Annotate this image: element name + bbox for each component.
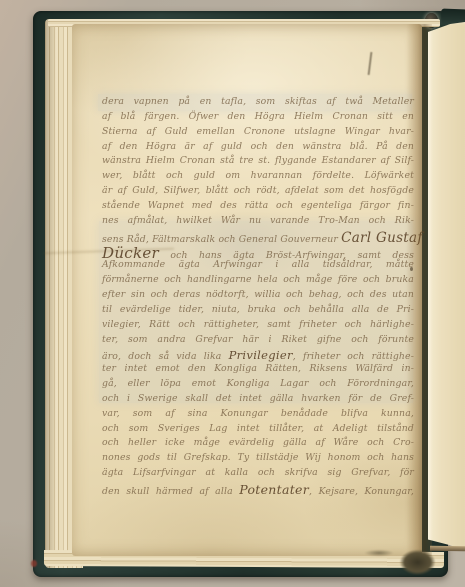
manuscript-line: och heller icke måge evärdelig gälla af …	[102, 437, 414, 452]
manuscript-line: och som Sveriges Lag intet tillåter, at …	[102, 423, 414, 438]
manuscript-line: äro, doch så vida lika Privilegier, frih…	[102, 348, 414, 363]
manuscript-line: stående Wapnet med des rätta och egentel…	[102, 200, 414, 215]
manuscript-line: af blå färgen. Öfwer den Högra Hielm Cro…	[102, 111, 414, 126]
manuscript-line: nes afmålat, hwilket Wår nu varande Tro-…	[102, 215, 414, 230]
manuscript-page: dera vapnen på en tafla, som skiftas af …	[72, 24, 422, 556]
manuscript-line: wänstra Hielm Cronan stå tre st. flygand…	[102, 155, 414, 170]
manuscript-line: var, som af sina Konungar benådade blifv…	[102, 408, 414, 423]
manuscript-line: är af Guld, Silfwer, blått och rödt, afd…	[102, 185, 414, 200]
handwritten-text: dera vapnen på en tafla, som skiftas af …	[102, 96, 414, 497]
manuscript-line: nones gods til Grefskap. Ty tillstädje W…	[102, 452, 414, 467]
manuscript-line: af den Högra är af guld och den wänstra …	[102, 141, 414, 156]
manuscript-line: dera vapnen på en tafla, som skiftas af …	[102, 96, 414, 111]
manuscript-line: ter intet emot den Kongliga Rätten, Riks…	[102, 363, 414, 378]
manuscript-line: Dücker och hans ägta Bröst-Arfwingar, sa…	[102, 244, 414, 259]
manuscript-line: förmånerne och handlingarne hela och måg…	[102, 274, 414, 289]
manuscript-line: sens Råd, Fältmarskalk och General Gouve…	[102, 230, 414, 245]
scanned-book-photo: dera vapnen på en tafla, som skiftas af …	[0, 0, 465, 587]
emphasized-word: Privilegier	[229, 348, 293, 362]
manuscript-line: vilegier, Rätt och rättigheter, samt fri…	[102, 319, 414, 334]
manuscript-line: ter, som andra Grefvar här i Riket gifne…	[102, 334, 414, 349]
manuscript-line: ägta Lifsarfvingar at kalla och skrifva …	[102, 467, 414, 482]
red-page-edge-speck	[31, 560, 37, 567]
manuscript-line: Stierna af Guld emellan Cronone utslagne…	[102, 126, 414, 141]
manuscript-line: Afkommande ägta Arfwingar i alla tidsåld…	[102, 259, 414, 274]
manuscript-line: den skull härmed af alla Potentater, Kej…	[102, 482, 414, 497]
worn-binding-speckles	[358, 548, 400, 558]
manuscript-line: gå, eller löpa emot Kongliga Lagar och F…	[102, 378, 414, 393]
facing-page-edge	[428, 22, 465, 550]
manuscript-line: och i Swerige skall det intet gälla hvar…	[102, 393, 414, 408]
emphasized-word: Potentater	[239, 482, 309, 497]
manuscript-line: wer, blått och guld om hvarannan fördelt…	[102, 170, 414, 185]
ink-scratch-mark	[368, 52, 373, 75]
worn-binding-damage	[396, 549, 444, 587]
manuscript-line: efter sin och deras nödtorft, willia och…	[102, 289, 414, 304]
manuscript-line: til evärdelige tider, niuta, bruka och b…	[102, 304, 414, 319]
